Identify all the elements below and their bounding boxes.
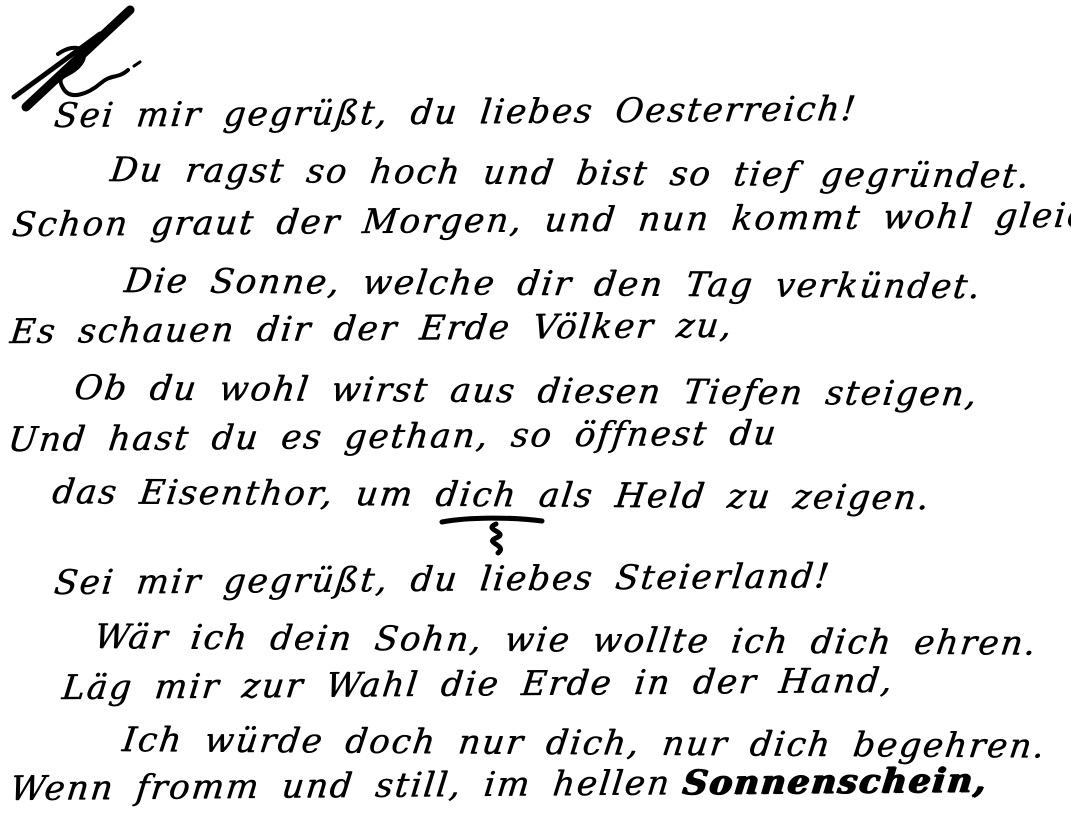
poem-line: Läg mir zur Wahl die Erde in der Hand, — [60, 661, 896, 708]
poem-line: Es schauen dir der Erde Völker zu, — [8, 306, 735, 352]
poem-line-text: Wenn fromm und still, im hellen — [8, 763, 673, 809]
poem-line: Wär ich dein Sohn, wie wollte ich dich e… — [92, 617, 1040, 664]
poem-line: Sei mir gegrüßt, du liebes Oesterreich! — [52, 89, 859, 136]
poem-line: Sei mir gegrüßt, du liebes Steierland! — [52, 556, 833, 603]
poem-line: Wenn fromm und still, im hellenSonnensch… — [8, 760, 990, 809]
poem-line: Ich würde doch nur dich, nur dich begehr… — [120, 720, 1049, 766]
poem-line: Ob du wohl wirst aus diesen Tiefen steig… — [72, 368, 981, 414]
overwritten-word: Sonnenschein, — [681, 760, 991, 803]
poem-line: Schon graut der Morgen, und nun kommt wo… — [10, 195, 1071, 245]
poem-line: Und hast du es gethan, so öffnest du — [6, 413, 780, 460]
manuscript-page: Sei mir gegrüßt, du liebes Oesterreich! … — [0, 0, 1071, 832]
poem-line: Du ragst so hoch und bist so tief gegrün… — [108, 150, 1033, 196]
stanza-divider-flourish-icon — [438, 512, 548, 560]
poem-line: Die Sonne, welche dir den Tag verkündet. — [122, 261, 984, 307]
